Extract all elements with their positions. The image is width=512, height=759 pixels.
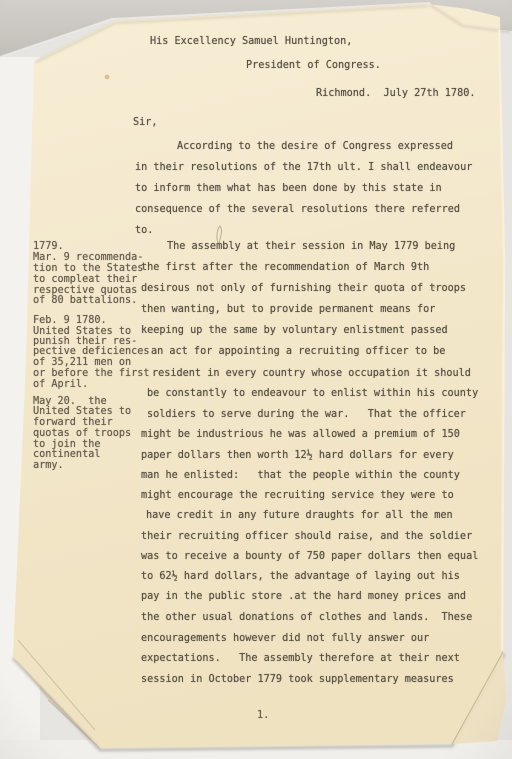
paragraph-2-line: resident in every country whose occupati… [152, 368, 471, 379]
margin-note-mar-1779-line: of 80 battalions. [33, 295, 137, 306]
paragraph-2-line: soldiers to serve during the war. That t… [147, 409, 466, 420]
margin-note-mar-1779-line: Mar. 9 recommenda- [33, 252, 143, 263]
paragraph-1-line: consequence of the several resolutions t… [135, 204, 460, 215]
text-layer: His Excellency Samuel Huntington,Preside… [0, 0, 512, 759]
margin-note-may-1780-line: army. [33, 460, 64, 471]
paragraph-2-line: The assembly at their session in May 177… [167, 241, 455, 252]
paragraph-1-line: to inform them what has been done by thi… [135, 183, 442, 194]
paragraph-2-line: the other usual donations of clothes and… [141, 612, 472, 623]
paragraph-1-line: in their resolutions of the 17th ult. I … [135, 162, 472, 173]
paragraph-2-line: then wanting, but to provide permanent m… [141, 304, 435, 315]
page-number: 1. [257, 710, 269, 721]
paragraph-2-line: have credit in any future draughts for a… [146, 510, 453, 521]
paragraph-2-line: might encourage the recruiting service t… [141, 490, 454, 501]
addressee-title: President of Congress. [246, 60, 381, 71]
scanned-letter-page: His Excellency Samuel Huntington,Preside… [0, 0, 512, 759]
margin-note-mar-1779-line: to compleat their [33, 274, 137, 285]
paragraph-2-line: desirous not only of furnishing their qu… [141, 283, 466, 294]
paragraph-1-line: According to the desire of Congress expr… [177, 141, 453, 152]
addressee-name: His Excellency Samuel Huntington, [150, 36, 352, 47]
margin-note-may-1780-line: quotas of troops [33, 428, 131, 439]
margin-note-feb-1780-line: Feb. 9 1780. [33, 315, 107, 326]
margin-note-may-1780-line: forward their [33, 417, 113, 428]
paragraph-2-line: session in October 1779 took supplementa… [141, 674, 454, 685]
paragraph-2-line: the first after the recommendation of Ma… [141, 262, 429, 273]
margin-note-may-1780-line: continental [33, 449, 100, 460]
margin-note-mar-1779-line: tion to the States [33, 263, 143, 274]
paragraph-2-line: was to receive a bounty of 750 paper dol… [141, 551, 478, 562]
paragraph-2-line: to 62½ hard dollars, the advantage of la… [141, 571, 460, 582]
margin-note-mar-1779-line: 1779. [33, 241, 64, 252]
paragraph-2-line: be constantly to endeavour to enlist wit… [147, 388, 478, 399]
salutation: Sir, [133, 117, 158, 128]
paragraph-2-line: paper dollars then worth 12½ hard dollar… [141, 450, 454, 461]
dateline: Richmond. July 27th 1780. [316, 88, 475, 99]
margin-note-feb-1780-line: of 35,211 men on [33, 357, 131, 368]
paragraph-2-line: might be industrious he was allowed a pr… [141, 429, 460, 440]
paragraph-2-line: their recruiting officer should raise, a… [141, 531, 472, 542]
paragraph-2-line: man he enlisted: that the people within … [141, 470, 460, 481]
paragraph-2-line: an act for appointing a recruiting offic… [151, 346, 445, 357]
margin-note-feb-1780-line: pective deficiences [33, 346, 150, 357]
paragraph-2-line: expectations. The assembly therefore at … [141, 653, 460, 664]
margin-note-feb-1780-line: of April. [33, 379, 88, 390]
margin-note-feb-1780-line: or before the first [33, 368, 150, 379]
paragraph-2-line: pay in the public store .at the hard mon… [141, 591, 466, 602]
margin-note-may-1780-line: United States to [33, 406, 131, 417]
paragraph-2-line: keeping up the same by voluntary enlistm… [141, 325, 448, 336]
paragraph-1-line: to. [135, 225, 153, 236]
paragraph-2-line: encouragements however did not fully ans… [141, 633, 429, 644]
